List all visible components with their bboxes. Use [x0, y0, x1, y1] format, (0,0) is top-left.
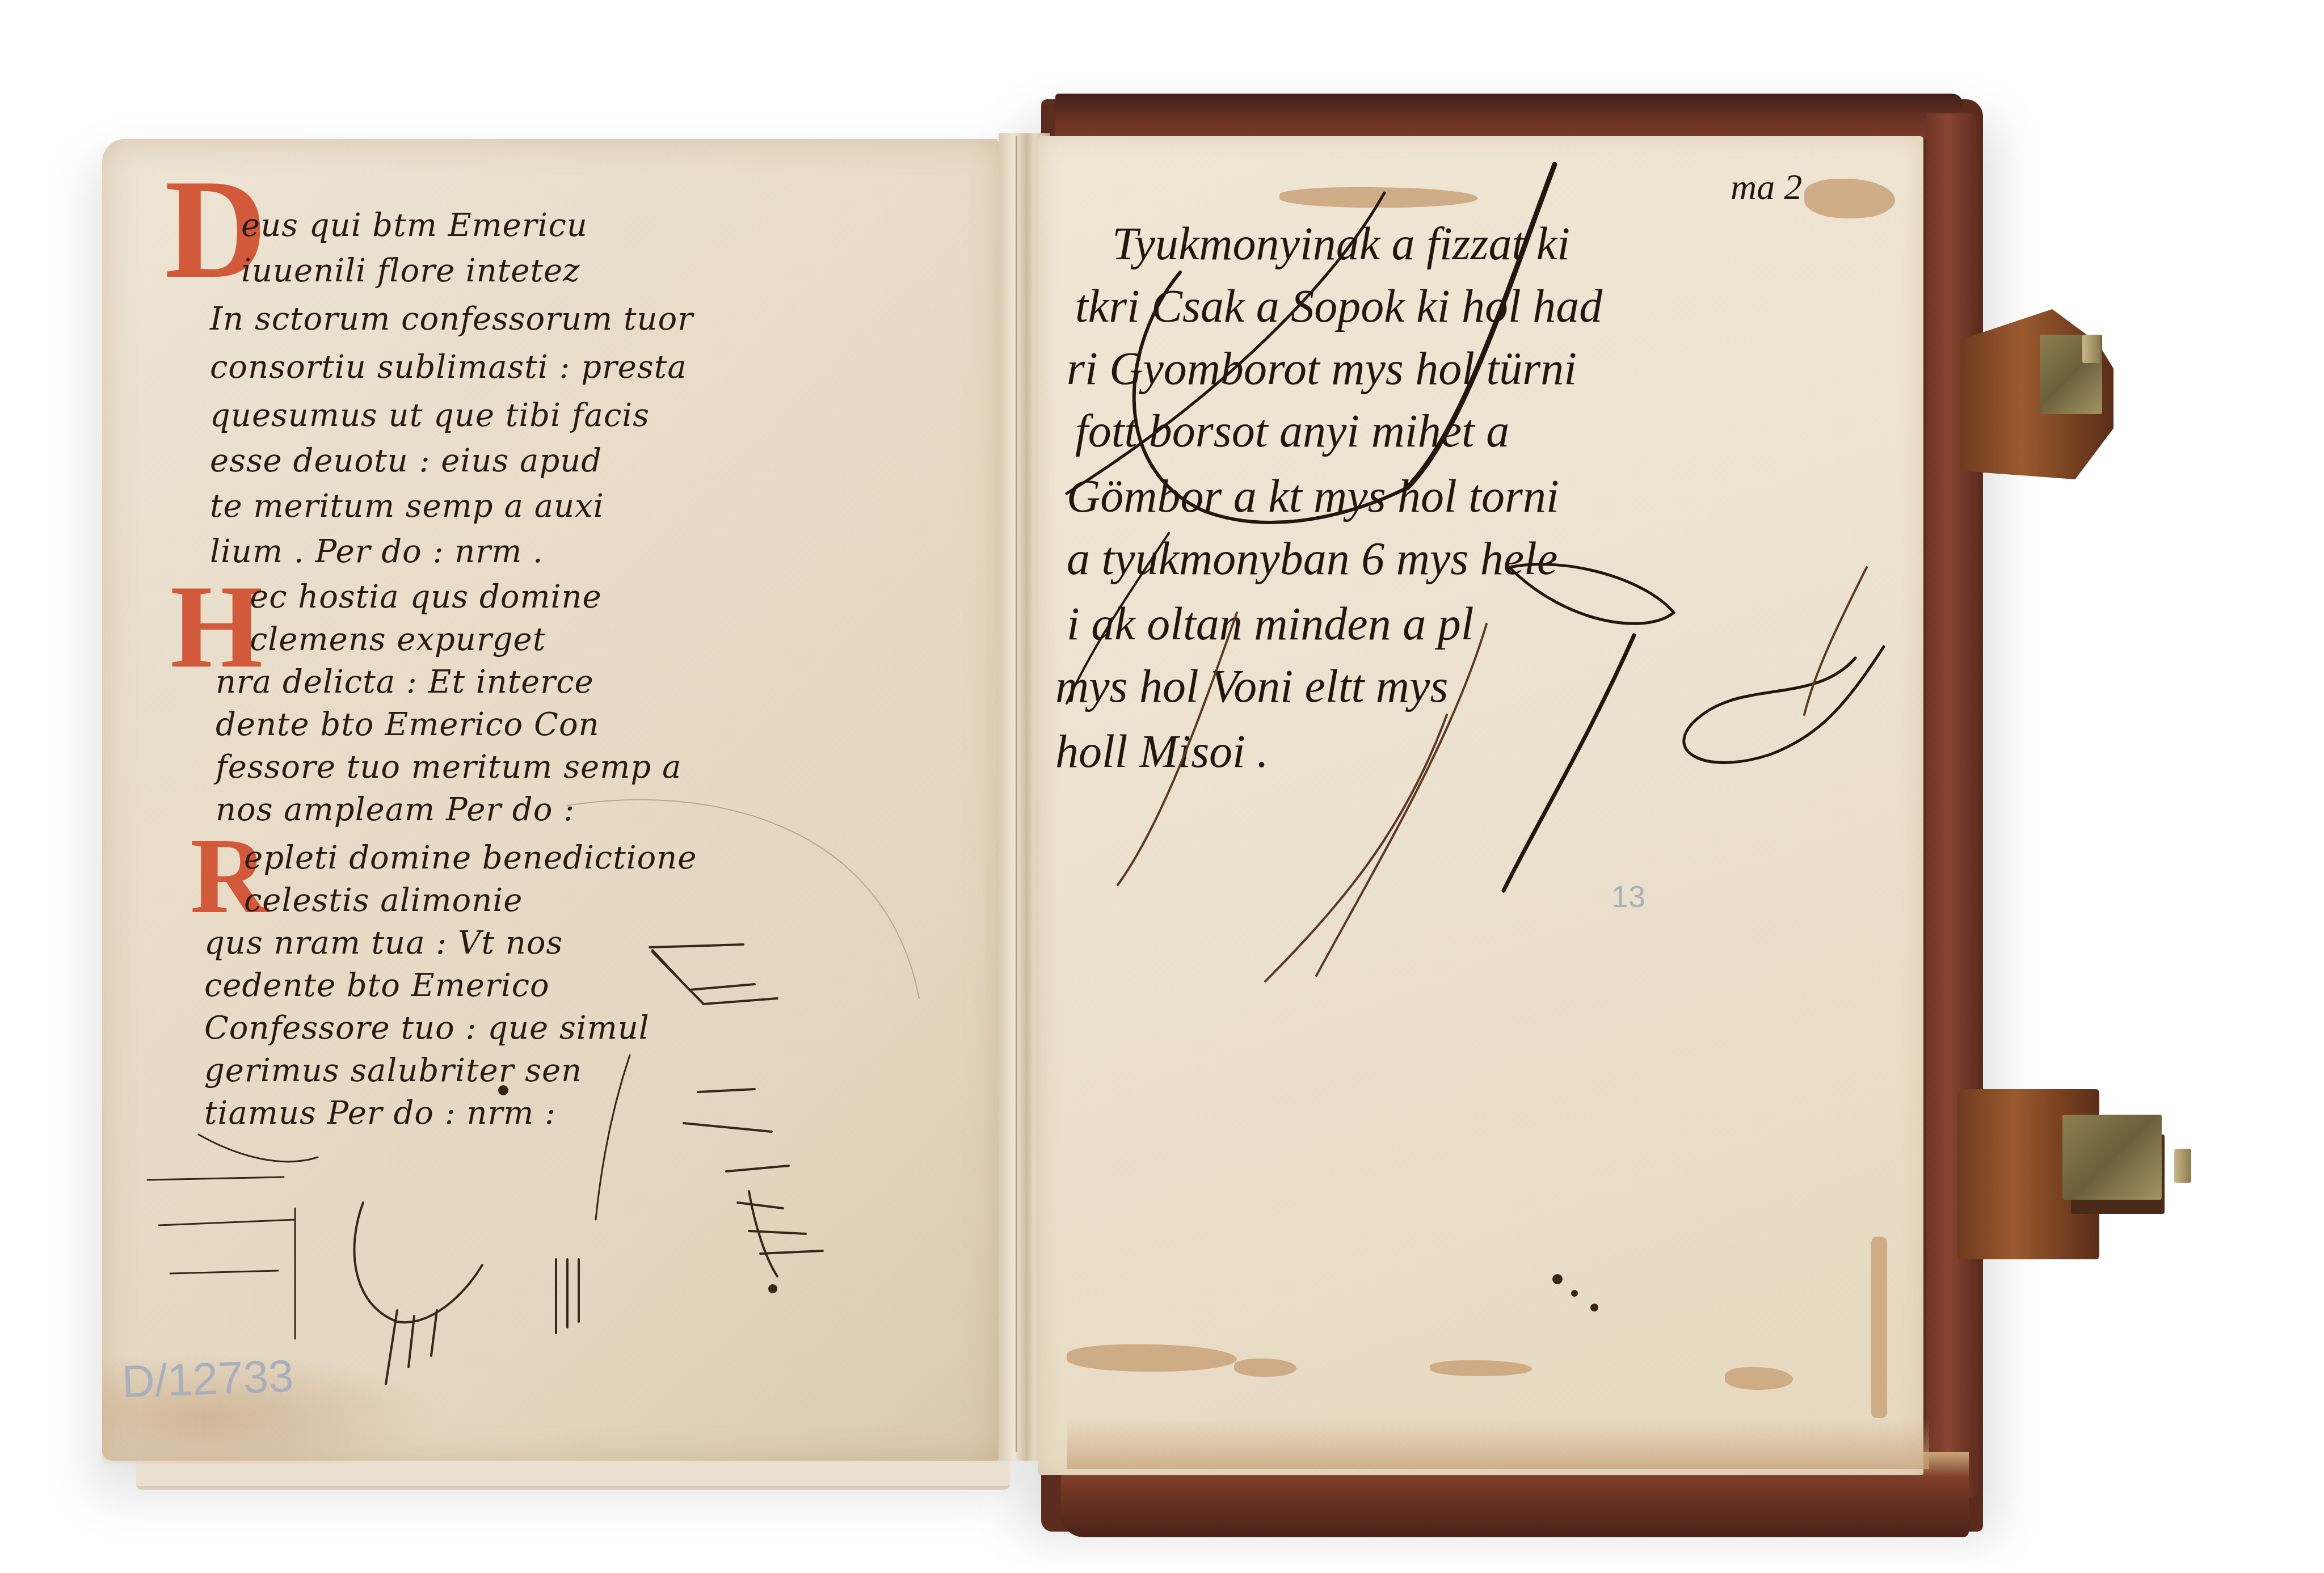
flourish-stroke — [1067, 533, 1169, 703]
pen-trial-upper — [650, 944, 777, 1004]
flourish-stroke — [1067, 193, 1384, 494]
flourish-loop — [1509, 564, 1674, 624]
offset-arc — [567, 800, 919, 998]
flourish-stroke — [1118, 613, 1237, 885]
flourish-stroke — [1134, 272, 1407, 522]
pen-trial-columns — [556, 1259, 579, 1333]
flourish-stroke — [1407, 165, 1555, 488]
flourish-loop — [1684, 647, 1884, 762]
pen-trial-middle — [684, 1089, 789, 1171]
flourish-stroke — [1804, 567, 1867, 715]
pen-trial-lower — [738, 1191, 823, 1276]
doodle-loop — [354, 1203, 482, 1322]
doodle-scribble — [199, 1135, 318, 1162]
flourish-stroke — [1316, 624, 1487, 976]
pen-trial-stroke — [596, 1055, 630, 1220]
pen-strokes-overlay — [0, 0, 2324, 1573]
flourish-stroke — [1504, 635, 1634, 891]
doodle-lines — [148, 1177, 295, 1339]
flourish-stroke — [1265, 715, 1447, 981]
